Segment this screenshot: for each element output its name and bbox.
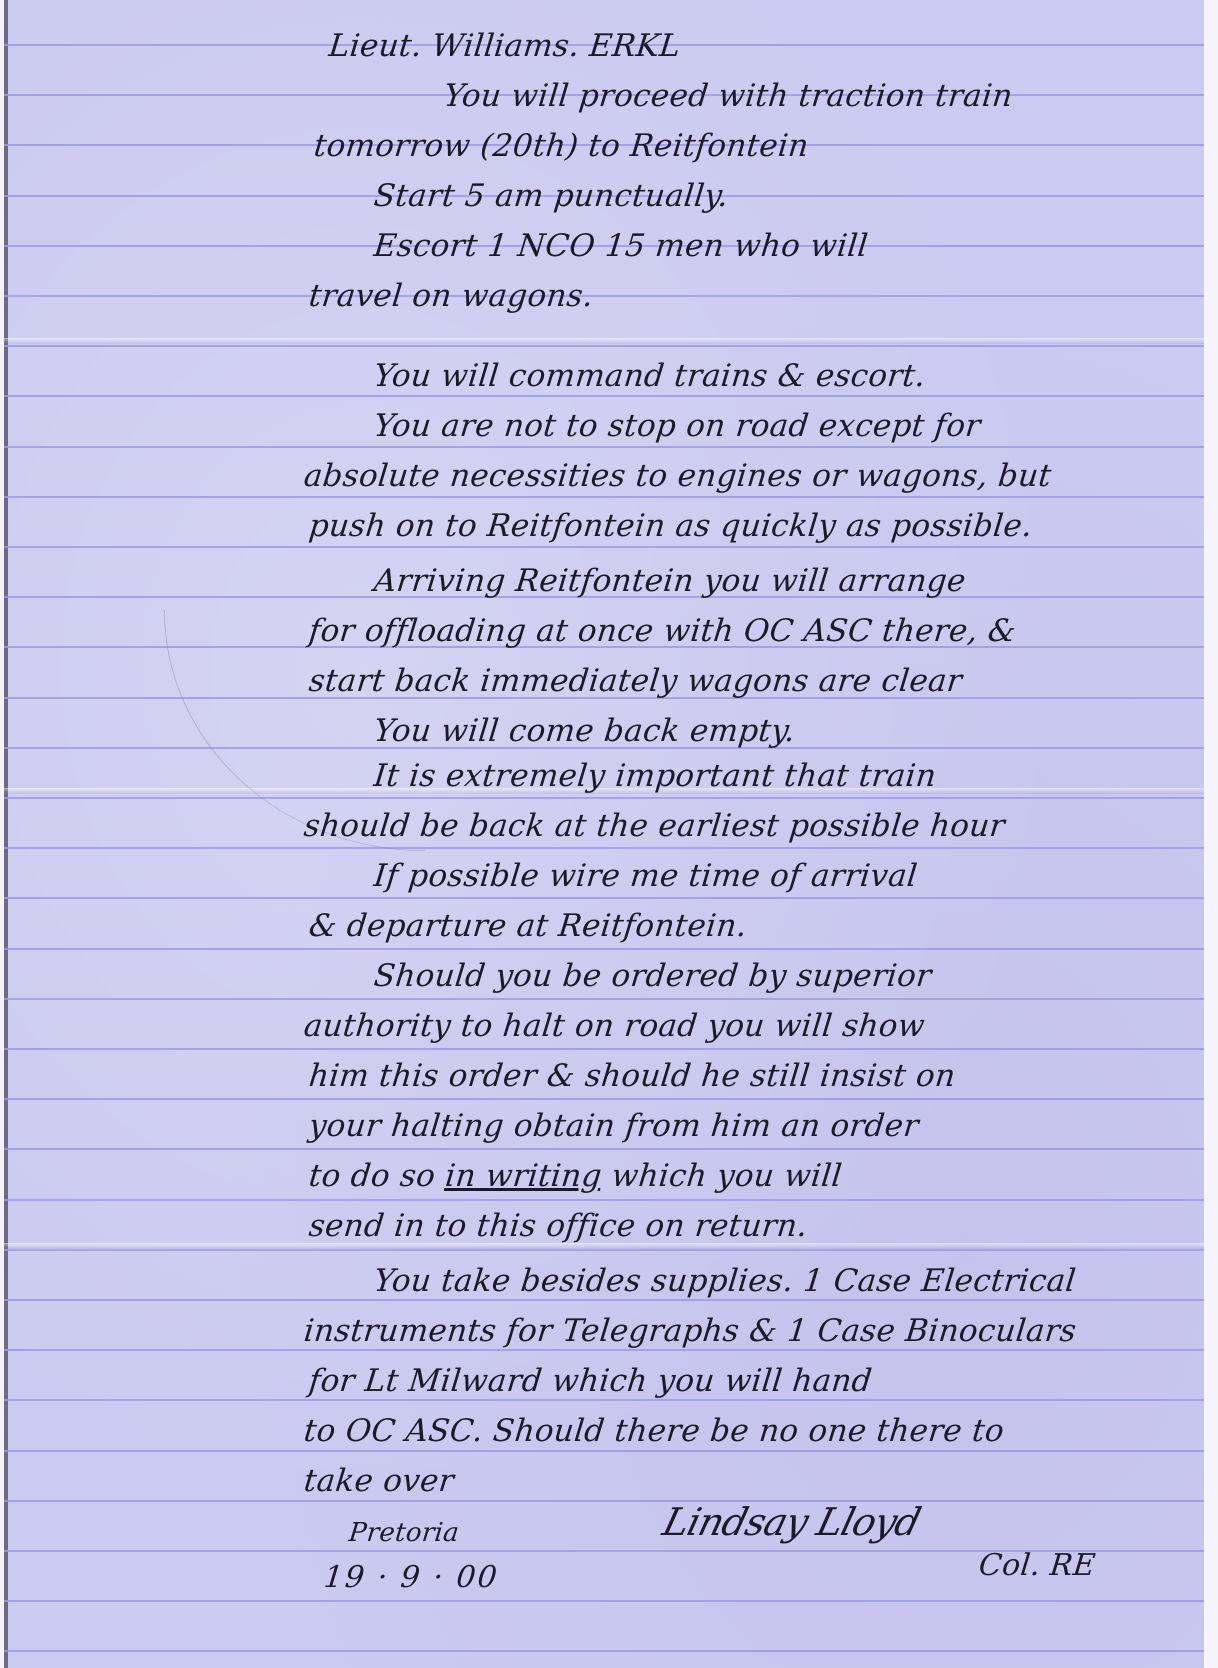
letter-line: for Lt Milward which you will hand	[307, 1363, 874, 1399]
addressee: Lieut. Williams. ERKL	[327, 28, 682, 64]
letter-line: travel on wagons.	[307, 278, 595, 314]
letter-line: You will command trains & escort.	[372, 358, 927, 394]
ruled-line	[4, 1500, 1204, 1502]
ruled-line	[4, 797, 1204, 799]
letter-line: should be back at the earliest possible …	[302, 808, 1007, 844]
letter-line: Start 5 am punctually.	[372, 178, 730, 214]
letter-line: & departure at Reitfontein.	[307, 908, 749, 944]
letter-line: to OC ASC. Should there be no one there …	[302, 1413, 1006, 1449]
ruled-line	[4, 1148, 1204, 1150]
letter-line: You are not to stop on road except for	[372, 408, 982, 444]
ruled-line	[4, 496, 1204, 498]
place-of-writing: Pretoria	[347, 1518, 460, 1548]
letter-line: You take besides supplies. 1 Case Electr…	[372, 1263, 1078, 1299]
ruled-line	[4, 1600, 1204, 1602]
letter-line: take over	[302, 1463, 456, 1499]
ruled-line	[4, 395, 1204, 397]
signature-rank: Col. RE	[977, 1548, 1097, 1583]
ruled-line	[4, 1199, 1204, 1201]
letter-line: instruments for Telegraphs & 1 Case Bino…	[302, 1313, 1078, 1349]
letter-line: tomorrow (20th) to Reitfontein	[312, 128, 810, 164]
ruled-line	[4, 546, 1204, 548]
letter-line: Arriving Reitfontein you will arrange	[372, 563, 968, 599]
letter-line: start back immediately wagons are clear	[307, 663, 964, 699]
ruled-line	[4, 1098, 1204, 1100]
ruled-line	[4, 1299, 1204, 1301]
letter-line: send in to this office on return.	[307, 1208, 809, 1244]
signature: Lindsay Lloyd	[659, 1500, 925, 1544]
ruled-line	[4, 345, 1204, 347]
ruled-line	[4, 897, 1204, 899]
letter-line: absolute necessities to engines or wagon…	[302, 458, 1053, 494]
letter-line: authority to halt on road you will show	[302, 1008, 927, 1044]
letter-line: Escort 1 NCO 15 men who will	[372, 228, 870, 264]
letter-line: You will come back empty.	[372, 713, 797, 749]
ruled-line	[4, 1450, 1204, 1452]
date: 19 · 9 · 00	[322, 1560, 500, 1595]
lined-paper-sheet: Lieut. Williams. ERKL You will proceed w…	[4, 0, 1204, 1668]
ruled-line	[4, 1048, 1204, 1050]
letter-line: your halting obtain from him an order	[307, 1108, 920, 1144]
letter-line: You will proceed with traction train	[442, 78, 1014, 114]
ruled-line	[4, 998, 1204, 1000]
letter-line: for offloading at once with OC ASC there…	[307, 613, 1018, 649]
letter-line: If possible wire me time of arrival	[372, 858, 919, 894]
ruled-line	[4, 446, 1204, 448]
ruled-line	[4, 1399, 1204, 1401]
underlined-phrase: in writing	[444, 1158, 604, 1194]
letter-line: him this order & should he still insist …	[307, 1058, 957, 1094]
letter-line: push on to Reitfontein as quickly as pos…	[307, 508, 1034, 544]
ruled-line	[4, 948, 1204, 950]
ruled-line	[4, 847, 1204, 849]
ruled-line	[4, 1349, 1204, 1351]
letter-line: It is extremely important that train	[372, 758, 938, 794]
ruled-line	[4, 1249, 1204, 1251]
paper-left-edge	[4, 0, 8, 1668]
ruled-line	[4, 295, 1204, 297]
letter-line: Should you be ordered by superior	[372, 958, 933, 994]
fold-crease	[4, 338, 1204, 344]
ruled-line	[4, 1650, 1204, 1652]
letter-line: to do so in writing which you will	[307, 1158, 844, 1194]
